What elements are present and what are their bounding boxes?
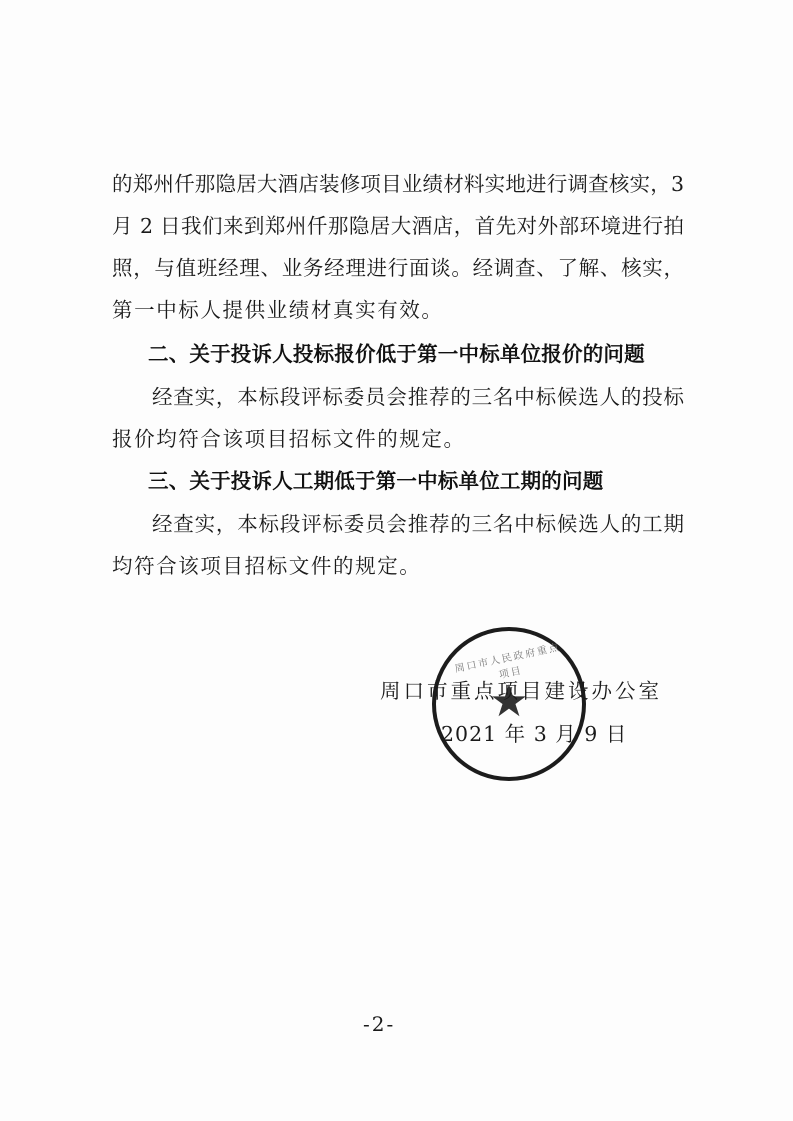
paragraph-line: 月 2 日我们来到郑州仟那隐居大酒店，首先对外部环境进行拍 <box>112 212 684 240</box>
paragraph-line: 经查实，本标段评标委员会推荐的三名中标候选人的工期 <box>152 510 684 538</box>
paragraph-line: 报价均符合该项目招标文件的规定。 <box>112 425 684 453</box>
paragraph-line: 经查实，本标段评标委员会推荐的三名中标候选人的投标 <box>152 383 684 411</box>
document-page: 的郑州仟那隐居大酒店装修项目业绩材料实地进行调查核实，3 月 2 日我们来到郑州… <box>0 0 793 1121</box>
section-heading: 二、关于投诉人投标报价低于第一中标单位报价的问题 <box>148 340 645 368</box>
paragraph-line: 均符合该项目招标文件的规定。 <box>112 552 684 580</box>
page-number: -2- <box>363 1011 395 1037</box>
paragraph-line: 照，与值班经理、业务经理进行面谈。经调查、了解、核实， <box>112 254 684 282</box>
signature-organization: 周口市重点项目建设办公室 <box>380 677 662 705</box>
signature-date: 2021 年 3 月 9 日 <box>441 720 627 748</box>
paragraph-line: 的郑州仟那隐居大酒店装修项目业绩材料实地进行调查核实，3 <box>112 170 684 198</box>
section-heading: 三、关于投诉人工期低于第一中标单位工期的问题 <box>148 467 603 495</box>
paragraph-line: 第一中标人提供业绩材真实有效。 <box>112 296 684 324</box>
